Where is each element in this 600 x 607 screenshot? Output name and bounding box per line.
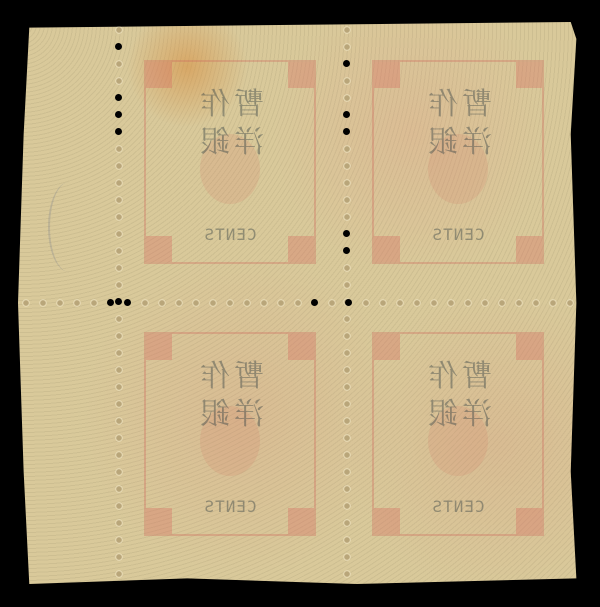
perforation-hole [343, 485, 351, 493]
perforation-hole [328, 299, 336, 307]
perforation-hole [343, 179, 351, 187]
overprint-show-through: 暫作 洋銀 [165, 86, 295, 162]
perforation-hole [343, 519, 351, 527]
perforation-hole [115, 230, 123, 238]
perforation-hole [115, 43, 122, 50]
corner-ornament [516, 334, 542, 360]
glyph: 洋 [230, 397, 264, 432]
glyph: 作 [424, 359, 458, 394]
perforation-hole [343, 43, 351, 51]
perforation-hole [115, 179, 123, 187]
perforation-hole [464, 299, 472, 307]
perforation-hole [115, 570, 123, 578]
glyph: 作 [196, 359, 230, 394]
perforation-hole [343, 451, 351, 459]
value-show-through: CENTS [431, 225, 484, 244]
perforation-hole [39, 299, 47, 307]
perforation-hole [115, 111, 122, 118]
perforation-hole [343, 196, 351, 204]
overprint-show-through: 暫作 洋銀 [393, 358, 523, 434]
corner-ornament [374, 236, 400, 262]
perforation-hole [343, 230, 350, 237]
perforation-hole [343, 332, 351, 340]
perforation-hole [343, 162, 351, 170]
corner-ornament [516, 236, 542, 262]
perforation-hole [532, 299, 540, 307]
perforation-hole [124, 299, 131, 306]
glyph: 銀 [424, 125, 458, 160]
perforation-hole [430, 299, 438, 307]
perforation-hole [115, 281, 123, 289]
perforation-hole [343, 128, 350, 135]
glyph: 作 [424, 87, 458, 122]
perforation-hole [362, 299, 370, 307]
stamp-block-back: 暫作 洋銀 CENTS 暫作 洋銀 CENTS 暫作 洋銀 CENTS [18, 22, 582, 584]
perforation-hole [115, 366, 123, 374]
perforation-hole [115, 485, 123, 493]
perforation-hole [549, 299, 557, 307]
perforation-hole [343, 264, 351, 272]
glyph: 暫 [458, 87, 492, 122]
perforation-hole [343, 26, 351, 34]
perforation-hole [260, 299, 268, 307]
overprint-show-through: 暫作 洋銀 [165, 358, 295, 434]
perforation-hole [115, 247, 123, 255]
perforation-hole [115, 264, 123, 272]
perforation-hole [498, 299, 506, 307]
perforation-hole [115, 315, 123, 323]
perforation-hole [343, 315, 351, 323]
selvage-margin-mark [48, 182, 90, 272]
perforation-hole [343, 383, 351, 391]
perforation-hole [115, 519, 123, 527]
corner-ornament [288, 236, 314, 262]
perforation-hole [343, 77, 351, 85]
stamp-bottom-left: 暫作 洋銀 CENTS [130, 314, 330, 554]
corner-ornament [146, 334, 172, 360]
perforation-hole [343, 213, 351, 221]
perforation-hole [343, 536, 351, 544]
glyph: 暫 [230, 87, 264, 122]
corner-ornament [516, 508, 542, 534]
perforation-hole [343, 349, 351, 357]
perforation-hole [343, 145, 351, 153]
perforation-hole [73, 299, 81, 307]
glyph: 銀 [196, 125, 230, 160]
perforation-hole [343, 281, 351, 289]
perforation-hole [115, 60, 123, 68]
perforation-hole [115, 400, 123, 408]
perforation-hole [379, 299, 387, 307]
perforation-hole [158, 299, 166, 307]
glyph: 洋 [458, 125, 492, 160]
corner-ornament [146, 508, 172, 534]
perforation-hole [343, 60, 350, 67]
perforation-hole [343, 434, 351, 442]
glyph: 銀 [196, 397, 230, 432]
perforation-hole [115, 26, 123, 34]
perforation-hole [343, 247, 350, 254]
corner-ornament [288, 334, 314, 360]
perforation-hole [343, 468, 351, 476]
perforation-hole [115, 468, 123, 476]
corner-ornament [374, 62, 400, 88]
corner-ornament [516, 62, 542, 88]
perforation-hole [343, 502, 351, 510]
perforation-hole [115, 77, 123, 85]
perforation-hole [243, 299, 251, 307]
perforation-hole [115, 213, 123, 221]
perforation-hole [115, 434, 123, 442]
value-show-through: CENTS [203, 497, 256, 516]
glyph: 洋 [458, 397, 492, 432]
perforation-hole [56, 299, 64, 307]
corner-ornament [146, 236, 172, 262]
perforation-hole [277, 299, 285, 307]
corner-ornament [288, 62, 314, 88]
perforation-hole [343, 94, 351, 102]
perforation-hole [115, 383, 123, 391]
perforation-hole [343, 570, 351, 578]
glyph: 洋 [230, 125, 264, 160]
glyph: 暫 [458, 359, 492, 394]
perforation-hole [141, 299, 149, 307]
perforation-hole [566, 299, 574, 307]
perforation-hole [90, 299, 98, 307]
perforation-hole [481, 299, 489, 307]
perforation-hole [343, 553, 351, 561]
perforation-hole [115, 332, 123, 340]
perforation-hole [192, 299, 200, 307]
perforation-hole [115, 502, 123, 510]
perforation-hole [115, 536, 123, 544]
overprint-show-through: 暫作 洋銀 [393, 86, 523, 162]
perforation-hole [115, 349, 123, 357]
perforation-hole [343, 366, 351, 374]
perforation-hole [115, 417, 123, 425]
perforation-hole [413, 299, 421, 307]
glyph: 暫 [230, 359, 264, 394]
glyph: 作 [196, 87, 230, 122]
perforation-hole [115, 128, 122, 135]
perforation-hole [343, 400, 351, 408]
glyph: 銀 [424, 397, 458, 432]
stamp-top-left: 暫作 洋銀 CENTS [130, 42, 330, 282]
perforation-hole [115, 94, 122, 101]
perforation-hole [115, 553, 123, 561]
corner-ornament [146, 62, 172, 88]
perforation-hole [515, 299, 523, 307]
perforation-hole [294, 299, 302, 307]
stamp-top-right: 暫作 洋銀 CENTS [358, 42, 558, 282]
corner-ornament [374, 334, 400, 360]
perforation-hole [226, 299, 234, 307]
value-show-through: CENTS [431, 497, 484, 516]
corner-ornament [288, 508, 314, 534]
value-show-through: CENTS [203, 225, 256, 244]
stamp-bottom-right: 暫作 洋銀 CENTS [358, 314, 558, 554]
perforation-hole [115, 145, 123, 153]
perforation-hole [311, 299, 318, 306]
perforation-hole [175, 299, 183, 307]
perforation-hole [396, 299, 404, 307]
perforation-hole [107, 299, 114, 306]
perforation-hole [345, 299, 352, 306]
perforation-hole [115, 162, 123, 170]
perforation-hole [115, 196, 123, 204]
perforation-hole [343, 417, 351, 425]
perforation-hole [343, 111, 350, 118]
perforation-row [18, 298, 582, 308]
perforation-hole [22, 299, 30, 307]
perforation-hole [447, 299, 455, 307]
corner-ornament [374, 508, 400, 534]
perforation-hole [209, 299, 217, 307]
perforation-hole [115, 451, 123, 459]
